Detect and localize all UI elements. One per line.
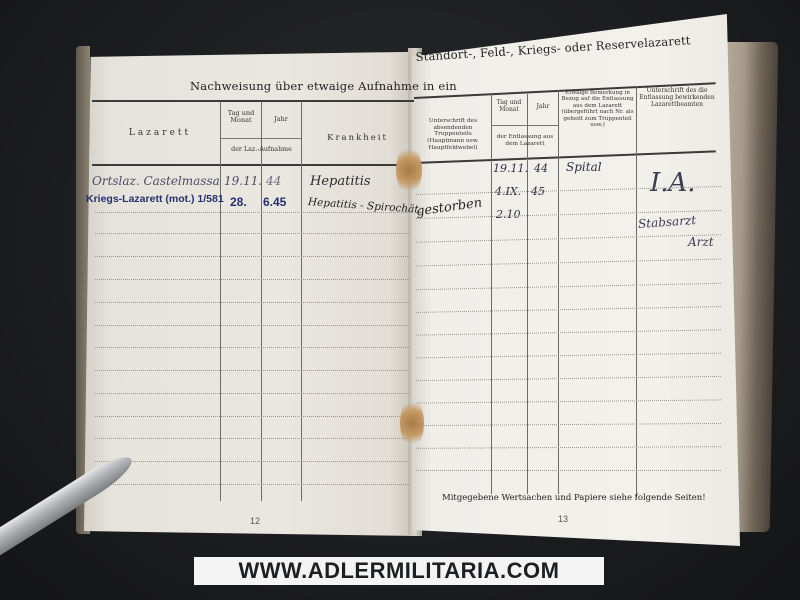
signature-title: Arzt — [688, 235, 714, 249]
header-der-laz-aufnahme: der Laz.-Aufnahme — [222, 146, 301, 153]
column-divider — [491, 94, 492, 494]
entry-tag-monat-1: 19.11. — [493, 162, 528, 175]
dotted-row-line — [95, 438, 410, 439]
column-divider — [636, 86, 637, 498]
header-bottom-rule — [92, 164, 414, 166]
header-tag-monat: Tag und Monat — [492, 100, 526, 114]
dotted-row-line — [95, 212, 410, 213]
foxing-stain — [400, 398, 424, 448]
column-divider — [558, 90, 559, 494]
header-der-entlassung: der Entlassung aus dem Lazarett — [492, 134, 558, 147]
dotted-row-line — [95, 347, 410, 348]
footer-note: Mitgegebene Wertsachen und Papiere siehe… — [442, 493, 706, 503]
entry-bemerkung-1: Spital — [566, 160, 602, 174]
subheader-rule — [491, 125, 558, 126]
header-krankheit: Krankheit — [305, 134, 410, 144]
header-top-rule — [92, 100, 414, 102]
header-jahr: Jahr — [528, 104, 558, 111]
header-jahr: Jahr — [262, 116, 300, 123]
entry-krankheit-1: Hepatitis — [310, 174, 371, 189]
watermark-text: WWW.ADLERMILITARIA.COM — [239, 558, 560, 584]
entry-jahr-1: 44 — [266, 174, 281, 188]
signature-ia: I.A. — [650, 168, 696, 198]
header-unterschrift-truppenteil: Unterschrift des absendenden Truppenteil… — [416, 118, 490, 151]
entry-lazarett-2-stamp: Kriegs-Lazarett (mot.) 1/581 — [86, 193, 224, 205]
dotted-row-line — [95, 233, 410, 234]
entry-tag-monat-1: 19.11. — [224, 174, 262, 188]
subheader-rule — [220, 138, 301, 139]
header-unterschrift-lazarett: Unterschrift des die Entlassung bewirken… — [638, 88, 716, 109]
column-divider — [220, 101, 221, 501]
column-divider — [527, 94, 528, 494]
entry-jahr-1: 44 — [534, 162, 548, 175]
left-page-title: Nachweisung über etwaige Aufnahme in ein — [190, 79, 457, 93]
page-number-left: 12 — [250, 516, 260, 526]
dotted-row-line — [95, 279, 410, 280]
column-divider — [301, 101, 302, 501]
foxing-stain — [396, 145, 422, 195]
dotted-row-line — [95, 256, 410, 257]
dotted-row-line — [95, 302, 410, 303]
dotted-row-line — [95, 461, 410, 462]
dotted-row-line — [95, 393, 410, 394]
dotted-row-line — [95, 416, 410, 417]
dotted-row-line — [416, 470, 721, 471]
dotted-row-line — [95, 370, 410, 371]
entry-tag-monat-2-stamp: 28. — [230, 195, 247, 209]
watermark-banner: WWW.ADLERMILITARIA.COM — [194, 557, 604, 585]
dotted-row-line — [95, 325, 410, 326]
dotted-row-line — [95, 484, 410, 485]
entry-lazarett-1: Ortslaz. Castelmassa — [92, 174, 220, 188]
header-tag-monat: Tag und Monat — [222, 110, 260, 125]
header-lazarett: Lazarett — [110, 128, 210, 138]
header-bemerkung: Etwaige Bemerkung in Bezug auf die Entla… — [560, 90, 635, 129]
entry-jahr-2-stamp: 6.45 — [263, 195, 286, 209]
page-number-right: 13 — [558, 514, 568, 524]
column-divider — [261, 101, 262, 501]
